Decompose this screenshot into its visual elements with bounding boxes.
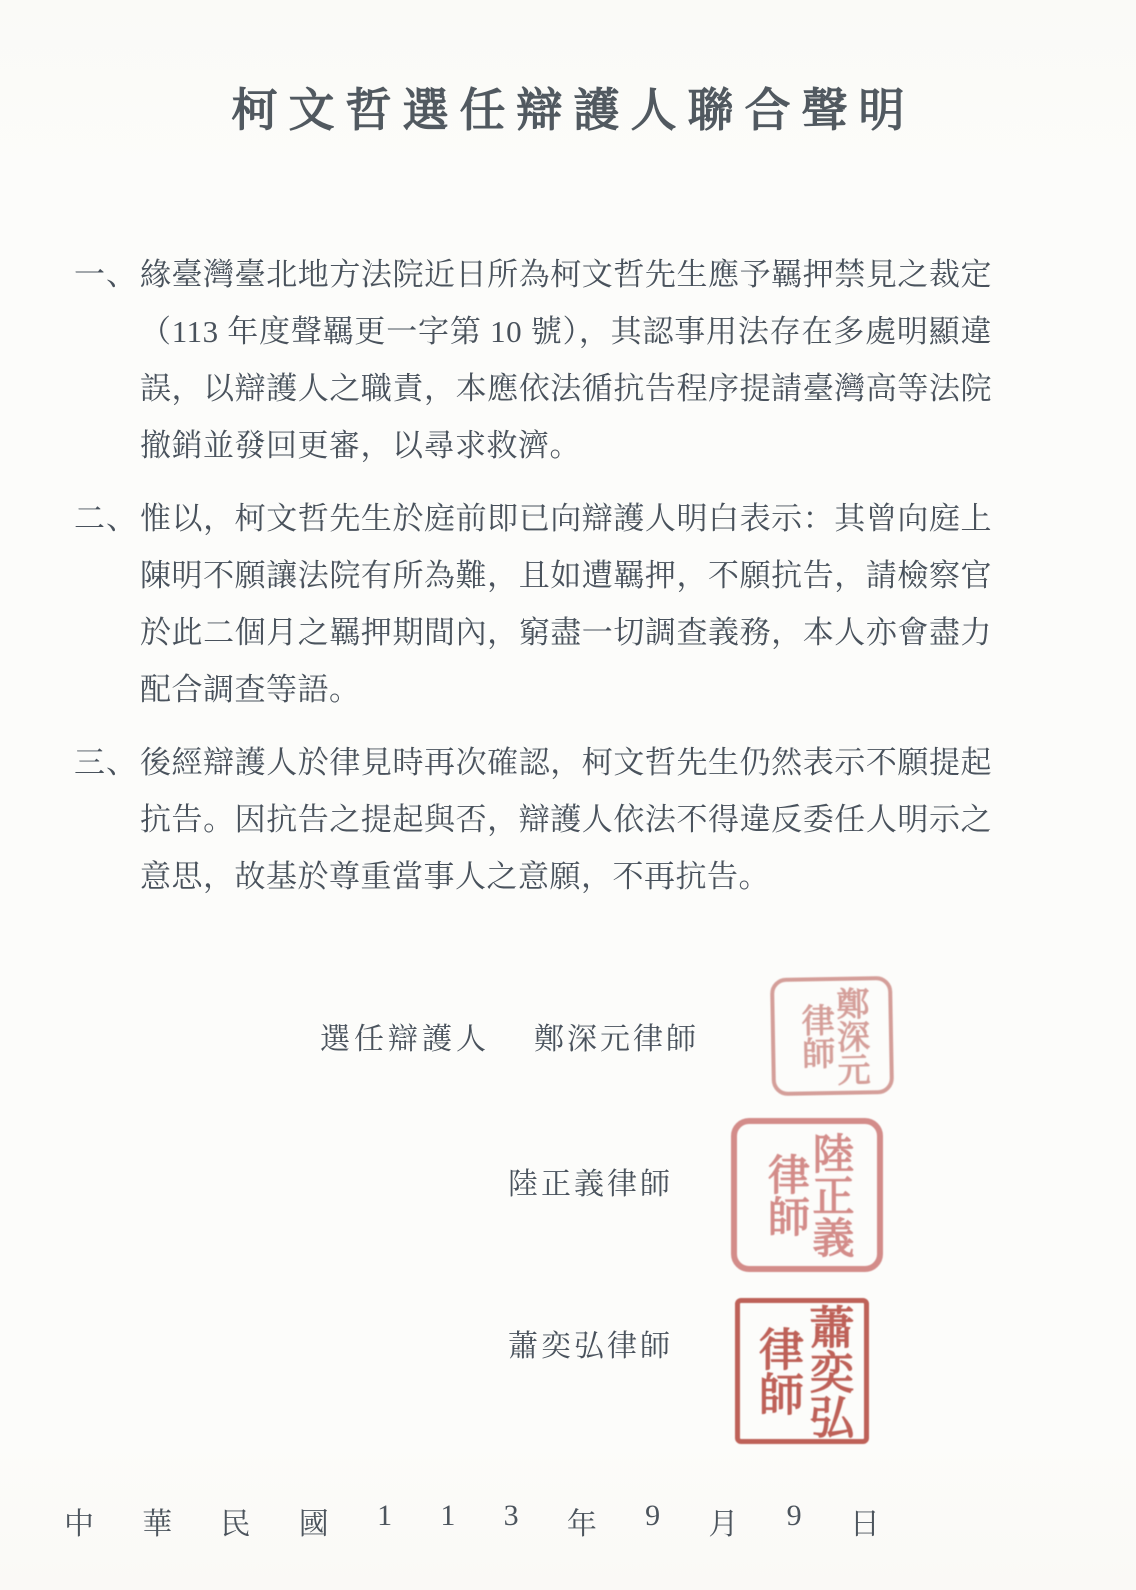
paragraph-2-number: 二、 [74,490,140,718]
date-char: 國 [299,1499,329,1543]
paragraph-1-number: 一、 [74,246,140,474]
document-date: 中 華 民 國 1 1 3 年 9 月 9 日 [64,1499,880,1543]
signature-name-zheng-shen-yuan: 鄭深元律師 [534,1014,699,1058]
signature-row-xiao-yi-hong: 蕭奕弘律師 蕭奕弘 律師 [0,1295,1136,1447]
defense-counsel-role-label: 選任辯護人 [320,1014,490,1058]
signature-name-xiao-yi-hong: 蕭奕弘律師 [508,1321,673,1365]
seal-characters: 鄭深元 律師 [796,986,868,1086]
paragraph-line: 緣臺灣臺北地方法院近日所為柯文哲先生應予羈押禁見之裁定 [140,246,992,303]
seal-characters: 蕭奕弘 律師 [752,1304,853,1439]
red-seal-xiao-yi-hong-icon: 蕭奕弘 律師 [735,1298,869,1444]
red-seal-lu-zheng-yi-icon: 陸正義 律師 [731,1118,883,1272]
date-char: 民 [221,1499,251,1543]
date-char: 9 [787,1499,802,1543]
paragraph-1-text: 緣臺灣臺北地方法院近日所為柯文哲先生應予羈押禁見之裁定 （113 年度聲羈更一字… [140,246,992,474]
paragraph-3-text: 後經辯護人於律見時再次確認，柯文哲先生仍然表示不願提起 抗告。因抗告之提起與否，… [140,734,992,905]
paragraph-line: 撤銷並發回更審，以尋求救濟。 [140,417,992,474]
paragraph-3-number: 三、 [74,734,140,905]
date-char: 華 [142,1499,172,1543]
paragraph-line: 誤，以辯護人之職責，本應依法循抗告程序提請臺灣高等法院 [140,360,992,417]
date-char: 日 [850,1499,880,1543]
seal-characters: 陸正義 律師 [762,1132,851,1258]
date-char: 1 [440,1499,455,1543]
paragraph-line: 於此二個月之羈押期間內，窮盡一切調查義務，本人亦會盡力 [140,604,992,661]
paragraph-line: 後經辯護人於律見時再次確認，柯文哲先生仍然表示不願提起 [140,734,992,791]
paragraph-1: 一、 緣臺灣臺北地方法院近日所為柯文哲先生應予羈押禁見之裁定 （113 年度聲羈… [0,246,1136,474]
paragraph-2: 二、 惟以，柯文哲先生於庭前即已向辯護人明白表示：其曾向庭上 陳明不願讓法院有所… [0,490,1136,718]
paragraph-2-text: 惟以，柯文哲先生於庭前即已向辯護人明白表示：其曾向庭上 陳明不願讓法院有所為難，… [140,490,992,718]
document-title: 柯文哲選任辯護人聯合聲明 [0,0,1136,140]
paragraph-line: （113 年度聲羈更一字第 10 號），其認事用法存在多處明顯違 [140,303,992,360]
date-char: 3 [504,1499,519,1543]
signature-row-zheng-shen-yuan: 選任辯護人 鄭深元律師 鄭深元 律師 [0,971,1136,1101]
document-body: 一、 緣臺灣臺北地方法院近日所為柯文哲先生應予羈押禁見之裁定 （113 年度聲羈… [0,246,1136,905]
red-seal-zheng-shen-yuan-icon: 鄭深元 律師 [770,976,894,1096]
paragraph-line: 陳明不願讓法院有所為難，且如遭羈押，不願抗告，請檢察官 [140,547,992,604]
date-char: 年 [567,1499,597,1543]
date-char: 月 [708,1499,738,1543]
paragraph-line: 惟以，柯文哲先生於庭前即已向辯護人明白表示：其曾向庭上 [140,490,992,547]
paragraph-line: 配合調查等語。 [140,661,992,718]
date-char: 1 [377,1499,392,1543]
signature-row-lu-zheng-yi: 陸正義律師 陸正義 律師 [0,1115,1136,1275]
scanned-document-page: 柯文哲選任辯護人聯合聲明 一、 緣臺灣臺北地方法院近日所為柯文哲先生應予羈押禁見… [0,0,1136,1590]
paragraph-line: 抗告。因抗告之提起與否，辯護人依法不得違反委任人明示之 [140,791,992,848]
paragraph-3: 三、 後經辯護人於律見時再次確認，柯文哲先生仍然表示不願提起 抗告。因抗告之提起… [0,734,1136,905]
date-char: 中 [64,1499,94,1543]
signature-block: 選任辯護人 鄭深元律師 鄭深元 律師 陸正義律師 陸正義 律師 蕭奕弘律師 蕭奕… [0,971,1136,1447]
date-char: 9 [645,1499,660,1543]
signature-name-lu-zheng-yi: 陸正義律師 [508,1159,673,1203]
paragraph-line: 意思，故基於尊重當事人之意願，不再抗告。 [140,848,992,905]
